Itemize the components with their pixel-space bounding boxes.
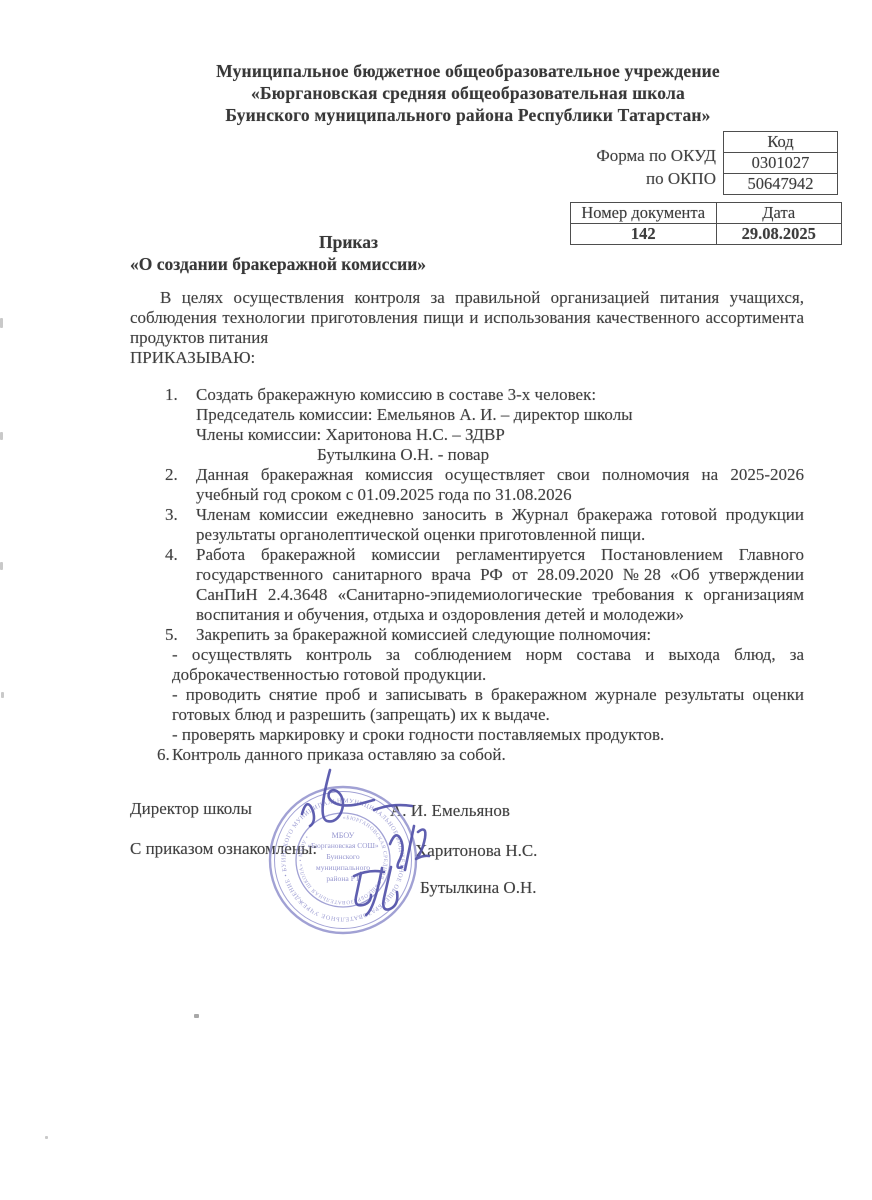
order-subtitle: «О создании бракеражной комиссии» bbox=[130, 254, 690, 275]
item1-line1: Создать бракеражную комиссию в составе 3… bbox=[196, 385, 804, 405]
doc-number-header-cell: Номер документа bbox=[571, 203, 717, 224]
item4-number: 4. bbox=[165, 545, 178, 565]
doc-date-value-cell: 29.08.2025 bbox=[716, 224, 842, 245]
decree-word: ПРИКАЗЫВАЮ: bbox=[130, 348, 804, 368]
item6-number: 6. bbox=[157, 745, 170, 765]
item2-number: 2. bbox=[165, 465, 178, 485]
order-title: Приказ bbox=[130, 232, 567, 253]
item5-sub3: - проверять маркировку и сроки годности … bbox=[172, 725, 804, 745]
scan-speck bbox=[194, 1014, 199, 1018]
scan-speck bbox=[45, 1136, 48, 1139]
item3-number: 3. bbox=[165, 505, 178, 525]
item1-number: 1. bbox=[165, 385, 178, 405]
doc-date-header-cell: Дата bbox=[716, 203, 842, 224]
scan-speck bbox=[0, 432, 3, 440]
item1-line2: Председатель комиссии: Емельянов А. И. –… bbox=[196, 405, 804, 425]
director-label: Директор школы bbox=[130, 799, 252, 819]
organization-name-line2: «Бюргановская средняя общеобразовательна… bbox=[130, 82, 806, 104]
list-item-3: 3. Членам комиссии ежедневно заносить в … bbox=[130, 505, 804, 545]
form-okud-label: Форма по ОКУД bbox=[418, 144, 716, 167]
item5-intro: Закрепить за бракеражной комиссией следу… bbox=[196, 625, 804, 645]
order-items-list: 1. Создать бракеражную комиссию в состав… bbox=[130, 385, 804, 765]
okpo-code-cell: 50647942 bbox=[724, 174, 838, 195]
form-code-labels: Форма по ОКУД по ОКПО bbox=[418, 144, 716, 190]
preamble-paragraph: В целях осуществления контроля за правил… bbox=[130, 288, 804, 348]
organization-name-line1: Муниципальное бюджетное общеобразователь… bbox=[130, 60, 806, 82]
form-okpo-label: по ОКПО bbox=[418, 167, 716, 190]
scan-speck bbox=[1, 692, 4, 698]
handwritten-signatures bbox=[240, 756, 500, 934]
item1-line4: Бутылкина О.Н. - повар bbox=[317, 445, 804, 465]
order-body: В целях осуществления контроля за правил… bbox=[130, 288, 804, 765]
kharitonova-signature-ink bbox=[390, 826, 429, 870]
director-signature-ink bbox=[302, 770, 412, 826]
code-table: Код 0301027 50647942 bbox=[723, 131, 838, 195]
item5-sub1: - осуществлять контроль за соблюдением н… bbox=[172, 645, 804, 685]
code-table-header-cell: Код bbox=[724, 132, 838, 153]
list-item-5: 5. Закрепить за бракеражной комиссией сл… bbox=[130, 625, 804, 745]
item4-text: Работа бракеражной комиссии регламентиру… bbox=[196, 545, 804, 624]
item2-text: Данная бракеражная комиссия осуществляет… bbox=[196, 465, 804, 504]
item5-number: 5. bbox=[165, 625, 178, 645]
item1-line3: Члены комиссии: Харитонова Н.С. – ЗДВР bbox=[196, 425, 804, 445]
organization-name-line3: Буинского муниципального района Республи… bbox=[130, 104, 806, 126]
item5-sub2: - проводить снятие проб и записывать в б… bbox=[172, 685, 804, 725]
scanned-order-document: Муниципальное бюджетное общеобразователь… bbox=[0, 0, 872, 1200]
scan-speck bbox=[0, 318, 3, 328]
list-item-4: 4. Работа бракеражной комиссии регламент… bbox=[130, 545, 804, 625]
organization-header: Муниципальное бюджетное общеобразователь… bbox=[130, 60, 806, 126]
scan-speck bbox=[0, 562, 3, 570]
doc-number-value-cell: 142 bbox=[571, 224, 717, 245]
item3-text: Членам комиссии ежедневно заносить в Жур… bbox=[196, 505, 804, 544]
okud-code-cell: 0301027 bbox=[724, 153, 838, 174]
butylkina-signature-ink bbox=[354, 867, 397, 915]
list-item-2: 2. Данная бракеражная комиссия осуществл… bbox=[130, 465, 804, 505]
document-meta-table: Номер документа Дата 142 29.08.2025 bbox=[570, 202, 842, 245]
list-item-1: 1. Создать бракеражную комиссию в состав… bbox=[130, 385, 804, 465]
